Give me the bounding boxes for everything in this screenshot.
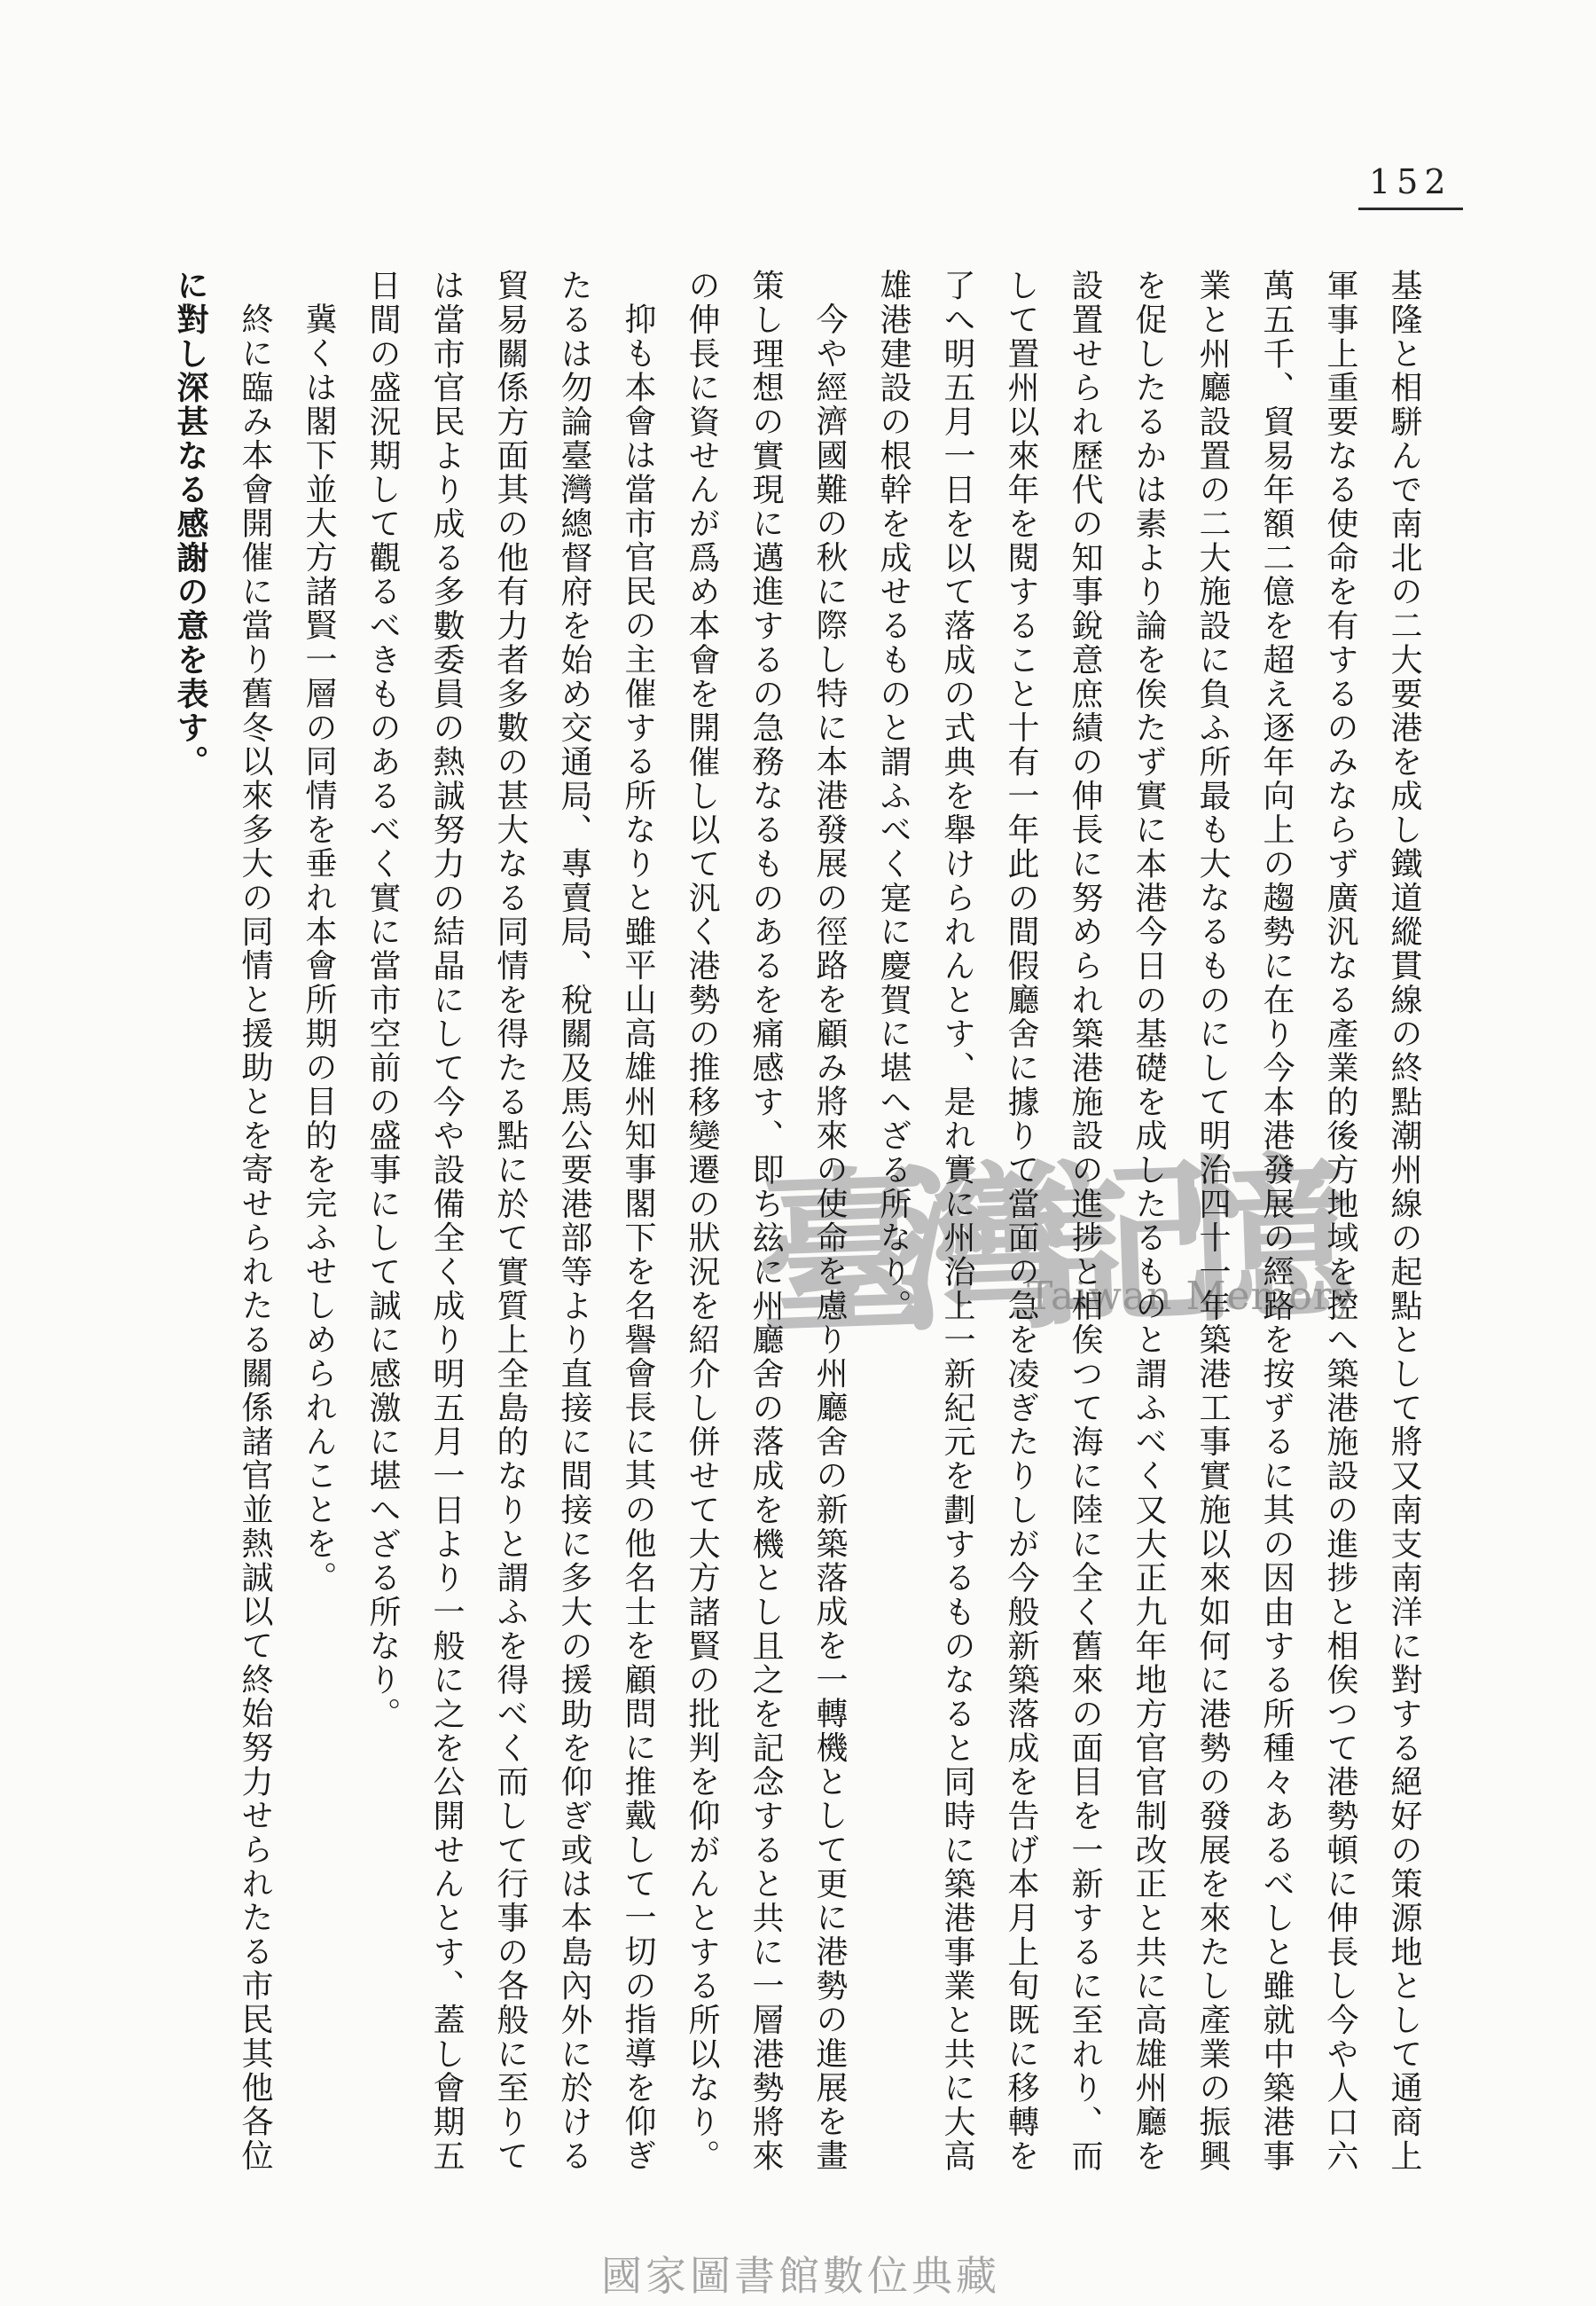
- closing-sentence-emphasis: に對し深甚なる感謝の意を表す。: [172, 269, 209, 779]
- page-number: 152: [1358, 162, 1463, 210]
- body-paragraph: 冀くは閣下並大方諸賢一層の同情を垂れ本會所期の目的を完ふせしめられんことを。: [286, 269, 350, 2174]
- body-paragraph: 今や經濟國難の秋に際し特に本港發展の徑路を顧み將來の使命を慮り州廳舍の新築落成を…: [669, 269, 861, 2174]
- document-page: 152 臺灣記憶 Taiwan Memory 基隆と相駢んで南北の二大要港を成し…: [0, 0, 1596, 2306]
- library-archive-footer: 國家圖書館數位典藏: [601, 2244, 1000, 2302]
- body-paragraph: 基隆と相駢んで南北の二大要港を成し鐵道縱貫線の終點潮州線の起點として將又南支南洋…: [861, 269, 1436, 2174]
- closing-sentence-lead: 終に臨み本會開催に當り舊冬以來多大の同情と援助とを寄せられたる關係諸官並熱誠以て…: [237, 302, 273, 2173]
- body-paragraph: 終に臨み本會開催に當り舊冬以來多大の同情と援助とを寄せられたる關係諸官並熱誠以て…: [159, 269, 286, 2174]
- vertical-text-block: 基隆と相駢んで南北の二大要港を成し鐵道縱貫線の終點潮州線の起點として將又南支南洋…: [159, 269, 1436, 2174]
- body-paragraph: 抑も本會は當市官民の主催する所なりと雖平山高雄州知事閣下を名譽會長に其の他名士を…: [350, 269, 669, 2174]
